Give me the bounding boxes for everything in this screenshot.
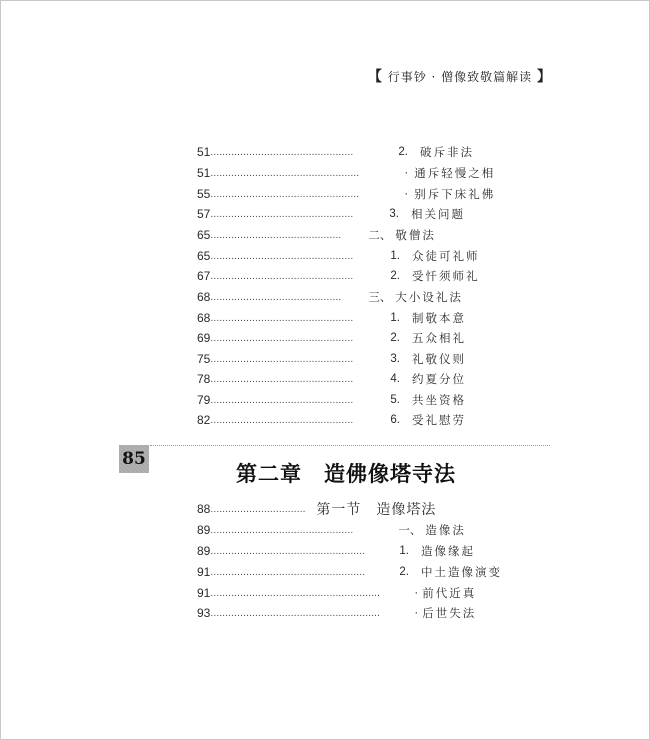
- leader-dots: ........................................…: [210, 588, 412, 599]
- entry-title: 造像缘起: [421, 543, 475, 559]
- toc-entry[interactable]: 68......................................…: [197, 287, 463, 307]
- page-number: 57: [197, 207, 210, 221]
- leader-dots: ........................................…: [210, 209, 383, 220]
- chapter-title[interactable]: 第二章 造佛像塔寺法: [236, 458, 456, 488]
- entry-marker: 1.: [390, 250, 400, 262]
- toc-entry[interactable]: 82......................................…: [197, 410, 466, 430]
- page-number: 51: [197, 145, 210, 159]
- leader-dots: ........................................…: [210, 189, 392, 200]
- toc-entry[interactable]: 79......................................…: [197, 390, 466, 410]
- entry-marker: 三、: [368, 289, 391, 305]
- entry-marker: ·: [404, 167, 408, 179]
- entry-marker: 3.: [389, 208, 399, 220]
- entry-title: 造像法: [425, 522, 466, 538]
- entry-marker: 3.: [390, 353, 400, 365]
- entry-title: 受忏须师礼: [412, 268, 480, 284]
- entry-marker: 一、: [398, 522, 421, 538]
- entry-title: 受礼慰劳: [412, 412, 466, 428]
- leader-dots: ........................................…: [210, 292, 358, 303]
- entry-title: 礼敬仪则: [412, 351, 466, 367]
- page-number: 51: [197, 166, 210, 180]
- page-number: 65: [197, 228, 210, 242]
- page-number: 69: [197, 331, 210, 345]
- leader-dots: ........................................…: [210, 608, 412, 619]
- leader-dots: ........................................…: [210, 354, 380, 365]
- bracket-left: 【: [368, 69, 383, 85]
- entry-marker: 2.: [398, 146, 408, 158]
- toc-section-entry[interactable]: 88................................第一节 造像…: [197, 499, 436, 519]
- toc-entry[interactable]: 65......................................…: [197, 246, 479, 266]
- chapter-page-box: 85: [119, 445, 149, 473]
- entry-title: 后世失法: [422, 605, 476, 621]
- chapter-divider: [150, 445, 550, 446]
- toc-entry[interactable]: 51......................................…: [197, 163, 495, 183]
- entry-marker: 1.: [390, 312, 400, 324]
- toc-entry[interactable]: 57......................................…: [197, 204, 465, 224]
- toc-entry[interactable]: 68......................................…: [197, 308, 466, 328]
- page-number: 88: [197, 502, 210, 516]
- running-header: 【 行事钞 · 僧像致敬篇解读 】: [368, 66, 552, 86]
- chapter-page-number: 85: [122, 449, 146, 469]
- page-number: 65: [197, 249, 210, 263]
- toc-entry[interactable]: 75......................................…: [197, 349, 466, 369]
- page-number: 68: [197, 311, 210, 325]
- entry-marker: 5.: [390, 394, 400, 406]
- page-number: 67: [197, 269, 210, 283]
- leader-dots: ........................................…: [210, 567, 394, 578]
- toc-entry[interactable]: 89......................................…: [197, 541, 475, 561]
- leader-dots: ........................................…: [210, 395, 380, 406]
- leader-dots: ........................................…: [210, 333, 380, 344]
- leader-dots: ........................................…: [210, 271, 380, 282]
- entry-title: 中土造像演变: [421, 564, 502, 580]
- toc-entry[interactable]: 91......................................…: [197, 583, 476, 603]
- entry-marker: 6.: [390, 414, 400, 426]
- toc-entry[interactable]: 89......................................…: [197, 520, 466, 540]
- page-number: 91: [197, 565, 210, 579]
- toc-entry[interactable]: 78......................................…: [197, 369, 466, 389]
- leader-dots: ........................................…: [210, 251, 380, 262]
- page-number: 82: [197, 413, 210, 427]
- toc-entry[interactable]: 65......................................…: [197, 225, 436, 245]
- leader-dots: ........................................…: [210, 374, 380, 385]
- entry-marker: ·: [404, 188, 408, 200]
- book-title: 行事钞 · 僧像致敬篇解读: [388, 70, 532, 84]
- entry-marker: ·: [414, 607, 418, 619]
- page-number: 78: [197, 372, 210, 386]
- page-number: 79: [197, 393, 210, 407]
- entry-title: 约夏分位: [412, 371, 466, 387]
- leader-dots: ........................................…: [210, 168, 392, 179]
- entry-marker: 二、: [368, 227, 391, 243]
- entry-title: 相关问题: [411, 206, 465, 222]
- entry-marker: 2.: [390, 270, 400, 282]
- entry-title: 破斥非法: [420, 144, 474, 160]
- page-number: 68: [197, 290, 210, 304]
- entry-marker: 1.: [399, 545, 409, 557]
- toc-entry[interactable]: 69......................................…: [197, 328, 466, 348]
- page-number: 55: [197, 187, 210, 201]
- entry-marker: 2.: [390, 332, 400, 344]
- entry-title: 通斥轻慢之相: [414, 165, 495, 181]
- bracket-right: 】: [537, 69, 552, 85]
- page-number: 91: [197, 586, 210, 600]
- toc-entry[interactable]: 51......................................…: [197, 142, 474, 162]
- page-number: 75: [197, 352, 210, 366]
- entry-title: 前代近真: [422, 585, 476, 601]
- leader-dots: ........................................…: [210, 546, 394, 557]
- entry-title: 共坐资格: [412, 392, 466, 408]
- leader-dots: ................................: [210, 504, 310, 515]
- entry-title: 敬僧法: [395, 227, 436, 243]
- leader-dots: ........................................…: [210, 525, 388, 536]
- section-title: 第一节 造像塔法: [316, 499, 436, 519]
- page-number: 93: [197, 606, 210, 620]
- toc-entry[interactable]: 91......................................…: [197, 562, 502, 582]
- leader-dots: ........................................…: [210, 313, 380, 324]
- leader-dots: ........................................…: [210, 415, 380, 426]
- leader-dots: ........................................…: [210, 147, 388, 158]
- toc-entry[interactable]: 67......................................…: [197, 266, 479, 286]
- entry-title: 别斥下床礼佛: [414, 186, 495, 202]
- toc-entry[interactable]: 55......................................…: [197, 184, 495, 204]
- entry-title: 大小设礼法: [395, 289, 463, 305]
- leader-dots: ........................................…: [210, 230, 358, 241]
- entry-marker: 2.: [399, 566, 409, 578]
- entry-title: 制敬本意: [412, 310, 466, 326]
- page-number: 89: [197, 523, 210, 537]
- entry-marker: ·: [414, 587, 418, 599]
- entry-title: 众徒可礼师: [412, 248, 480, 264]
- entry-marker: 4.: [390, 373, 400, 385]
- toc-entry[interactable]: 93......................................…: [197, 603, 476, 623]
- page-number: 89: [197, 544, 210, 558]
- entry-title: 五众相礼: [412, 330, 466, 346]
